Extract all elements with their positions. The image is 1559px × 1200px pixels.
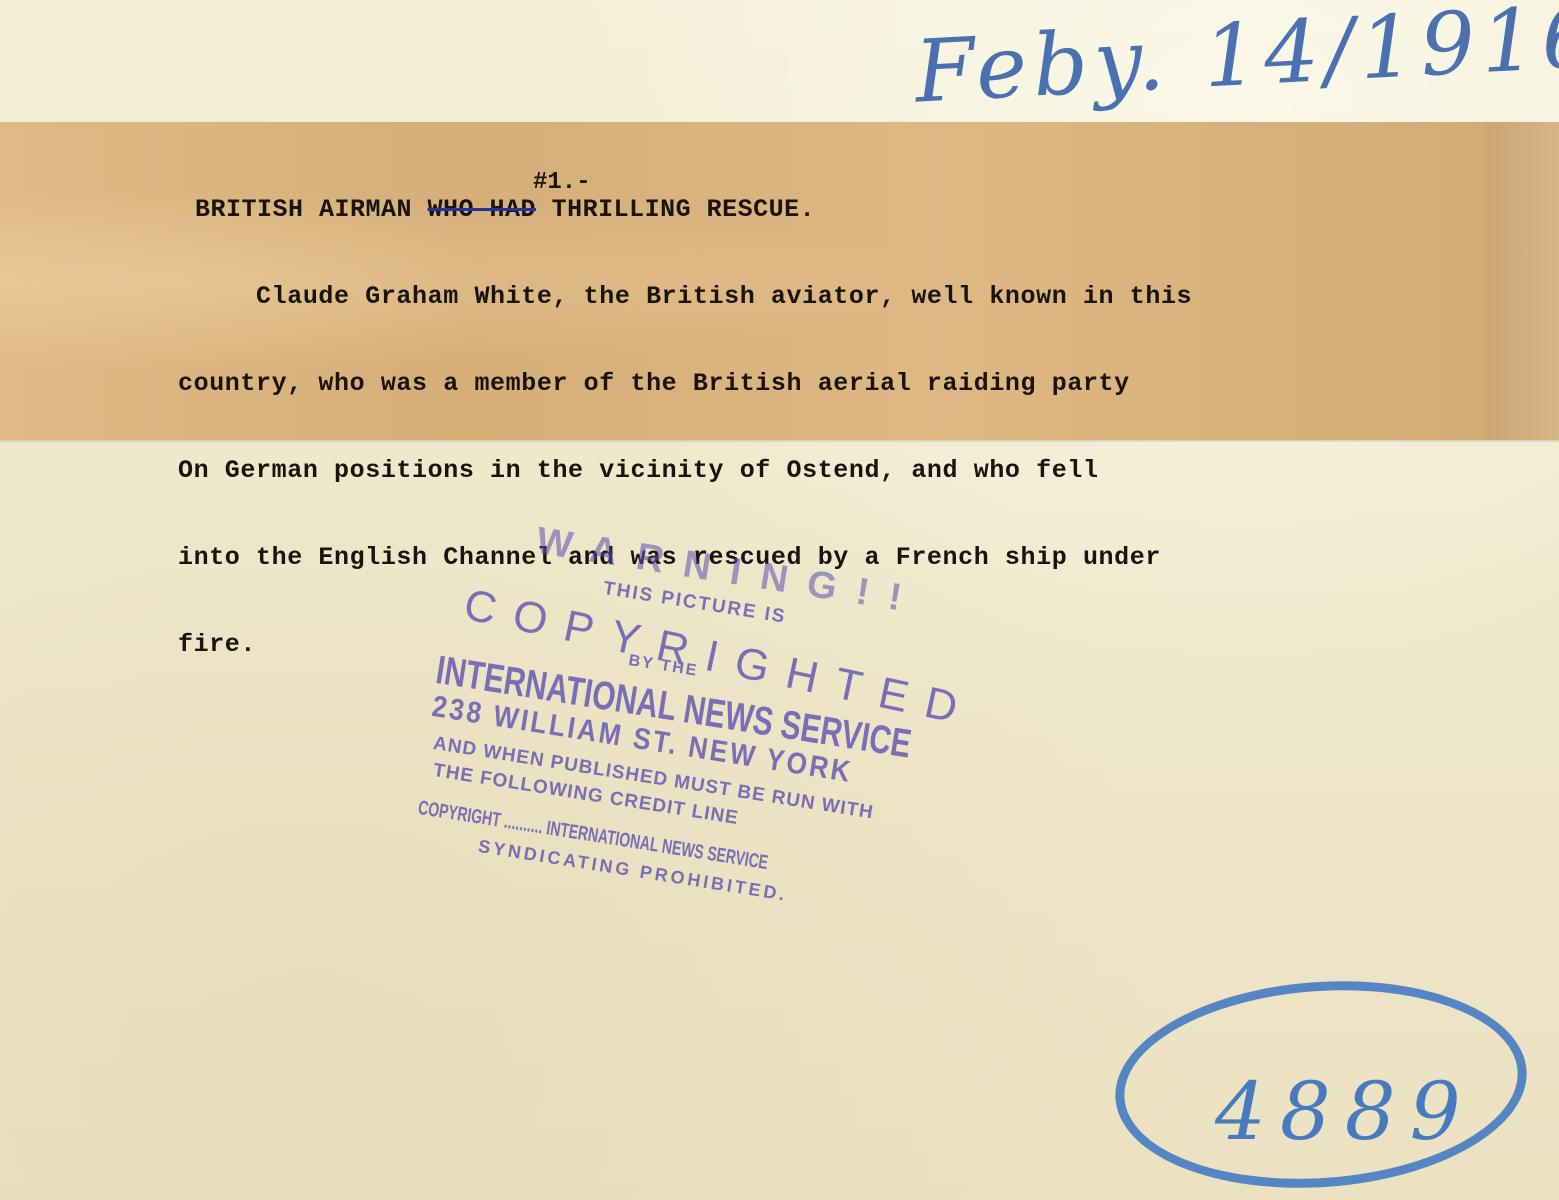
catalog-number: 4889 bbox=[1215, 1065, 1475, 1158]
caption-line: On German positions in the vicinity of O… bbox=[178, 456, 1192, 485]
headline-suffix: THRILLING RESCUE. bbox=[536, 195, 815, 224]
caption-headline: BRITISH AIRMAN WHO HAD THRILLING RESCUE. bbox=[195, 195, 815, 224]
tape-fold-shadow bbox=[1485, 122, 1559, 440]
caption-number: #1.- bbox=[533, 168, 591, 197]
caption-line: country, who was a member of the British… bbox=[178, 369, 1192, 398]
caption-line: Claude Graham White, the British aviator… bbox=[178, 282, 1192, 311]
headline-prefix: BRITISH AIRMAN bbox=[195, 195, 428, 224]
handwritten-date: Feby. 14/1916 bbox=[913, 0, 1478, 133]
copyright-stamp: WARNING!! COPYRIGHTED THIS PICTURE IS BY… bbox=[430, 520, 990, 970]
headline-struck-text: WHO HAD bbox=[428, 195, 537, 224]
